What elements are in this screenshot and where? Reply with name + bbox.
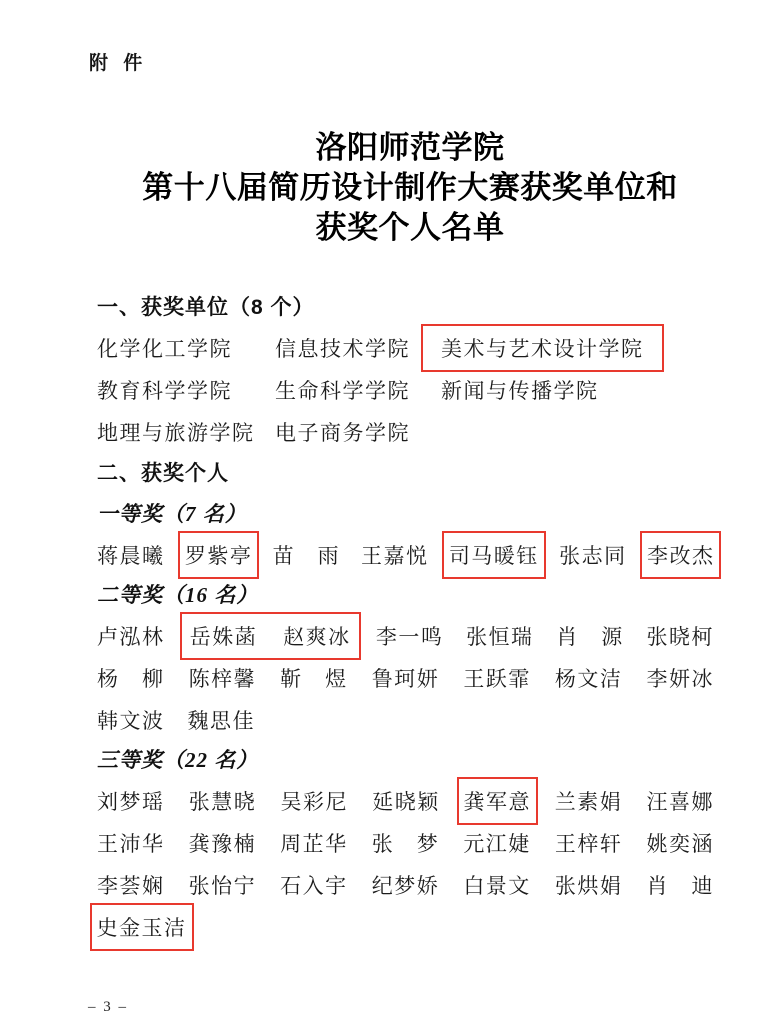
attachment-label: 附 件 <box>89 52 766 76</box>
title-line: 获奖个人名单 <box>90 208 730 248</box>
title-line: 第十八届简历设计制作大赛获奖单位和 <box>90 168 730 208</box>
name-row: 刘梦瑶张慧晓吴彩尼延晓颖龚军意兰素娟汪喜娜 <box>97 780 714 822</box>
document-page: 附 件 洛阳师范学院 第十八届简历设计制作大赛获奖单位和 获奖个人名单 一、获奖… <box>0 0 766 1015</box>
units-row: 地理与旅游学院电子商务学院 <box>97 411 766 453</box>
person-name: 张晓柯 <box>646 621 714 651</box>
unit-name: 生命科学学院 <box>275 375 441 405</box>
prize-heading: 一等奖（7 名） <box>97 501 766 527</box>
name-row: 蒋晨曦罗紫亭苗 雨王嘉悦司马暖钰张志同李改杰 <box>97 534 714 576</box>
person-name: 元江婕 <box>463 828 531 858</box>
person-name: 姚奕涵 <box>646 828 714 858</box>
person-name: 周芷华 <box>280 828 348 858</box>
prize-heading: 二等奖（16 名） <box>97 582 766 608</box>
person-name: 延晓颖 <box>372 786 440 816</box>
document-title: 洛阳师范学院 第十八届简历设计制作大赛获奖单位和 获奖个人名单 <box>90 128 730 248</box>
person-name: 王跃霏 <box>463 663 531 693</box>
unit-name: 化学化工学院 <box>97 333 275 363</box>
unit-name: 新闻与传播学院 <box>441 375 599 405</box>
person-name-highlighted: 史金玉洁 <box>90 903 194 951</box>
unit-name: 教育科学学院 <box>97 375 275 405</box>
individuals-section-heading: 二、获奖个人 <box>97 461 766 487</box>
name-row: 史金玉洁 <box>97 906 714 948</box>
person-name: 肖 源 <box>556 621 624 651</box>
person-name: 韩文波 <box>97 705 165 735</box>
person-name: 吴彩尼 <box>281 786 349 816</box>
title-line: 洛阳师范学院 <box>90 128 730 168</box>
unit-name: 地理与旅游学院 <box>97 417 275 447</box>
person-name: 赵爽冰 <box>283 621 351 651</box>
unit-name: 信息技术学院 <box>275 333 441 363</box>
person-name-group-highlighted: 岳姝菡赵爽冰 <box>180 612 361 660</box>
page-number: – 3 – <box>88 999 766 1015</box>
person-name: 刘梦瑶 <box>97 786 165 816</box>
person-name: 王沛华 <box>97 828 165 858</box>
person-name: 蒋晨曦 <box>97 540 165 570</box>
person-name: 石入宇 <box>280 870 348 900</box>
person-name: 汪喜娜 <box>647 786 715 816</box>
person-name: 杨 柳 <box>97 663 165 693</box>
person-name: 苗 雨 <box>273 540 341 570</box>
person-name: 陈梓馨 <box>189 663 257 693</box>
person-name: 卢泓林 <box>97 621 165 651</box>
name-row: 韩文波魏思佳 <box>97 699 714 741</box>
person-name: 张慧晓 <box>189 786 257 816</box>
units-section-heading: 一、获奖单位（8 个） <box>97 295 766 321</box>
person-name: 张烘娟 <box>555 870 623 900</box>
name-row: 李荟娴张怡宁石入宇纪梦娇白景文张烘娟肖 迪 <box>97 864 714 906</box>
person-name-highlighted: 龚军意 <box>457 777 539 825</box>
person-name: 李一鸣 <box>376 621 444 651</box>
person-name: 魏思佳 <box>188 705 256 735</box>
person-name: 纪梦娇 <box>372 870 440 900</box>
person-name: 张 梦 <box>372 828 440 858</box>
person-name: 靳 煜 <box>280 663 348 693</box>
person-name: 张恒瑞 <box>466 621 534 651</box>
units-row: 教育科学学院生命科学学院新闻与传播学院 <box>97 369 766 411</box>
name-row: 卢泓林岳姝菡赵爽冰李一鸣张恒瑞肖 源张晓柯 <box>97 615 714 657</box>
units-list: 化学化工学院信息技术学院美术与艺术设计学院教育科学学院生命科学学院新闻与传播学院… <box>0 327 766 453</box>
individuals-list: 一等奖（7 名）蒋晨曦罗紫亭苗 雨王嘉悦司马暖钰张志同李改杰二等奖（16 名）卢… <box>0 501 766 948</box>
person-name: 张志同 <box>559 540 627 570</box>
person-name: 鲁珂妍 <box>372 663 440 693</box>
person-name: 肖 迪 <box>646 870 714 900</box>
person-name-highlighted: 司马暖钰 <box>442 531 546 579</box>
name-row: 王沛华龚豫楠周芷华张 梦元江婕王梓轩姚奕涵 <box>97 822 714 864</box>
person-name: 李荟娴 <box>97 870 165 900</box>
person-name-highlighted: 罗紫亭 <box>178 531 260 579</box>
name-row: 杨 柳陈梓馨靳 煜鲁珂妍王跃霏杨文洁李妍冰 <box>97 657 714 699</box>
person-name: 龚豫楠 <box>189 828 257 858</box>
person-name: 王梓轩 <box>555 828 623 858</box>
person-name: 岳姝菡 <box>190 621 258 651</box>
prize-heading: 三等奖（22 名） <box>97 747 766 773</box>
person-name: 王嘉悦 <box>361 540 429 570</box>
person-name: 杨文洁 <box>555 663 623 693</box>
person-name-highlighted: 李改杰 <box>640 531 722 579</box>
person-name: 张怡宁 <box>189 870 257 900</box>
person-name: 李妍冰 <box>646 663 714 693</box>
person-name: 白景文 <box>463 870 531 900</box>
unit-name-highlighted: 美术与艺术设计学院 <box>421 324 664 372</box>
unit-name: 电子商务学院 <box>275 417 410 447</box>
person-name: 兰素娟 <box>555 786 623 816</box>
units-row: 化学化工学院信息技术学院美术与艺术设计学院 <box>97 327 766 369</box>
